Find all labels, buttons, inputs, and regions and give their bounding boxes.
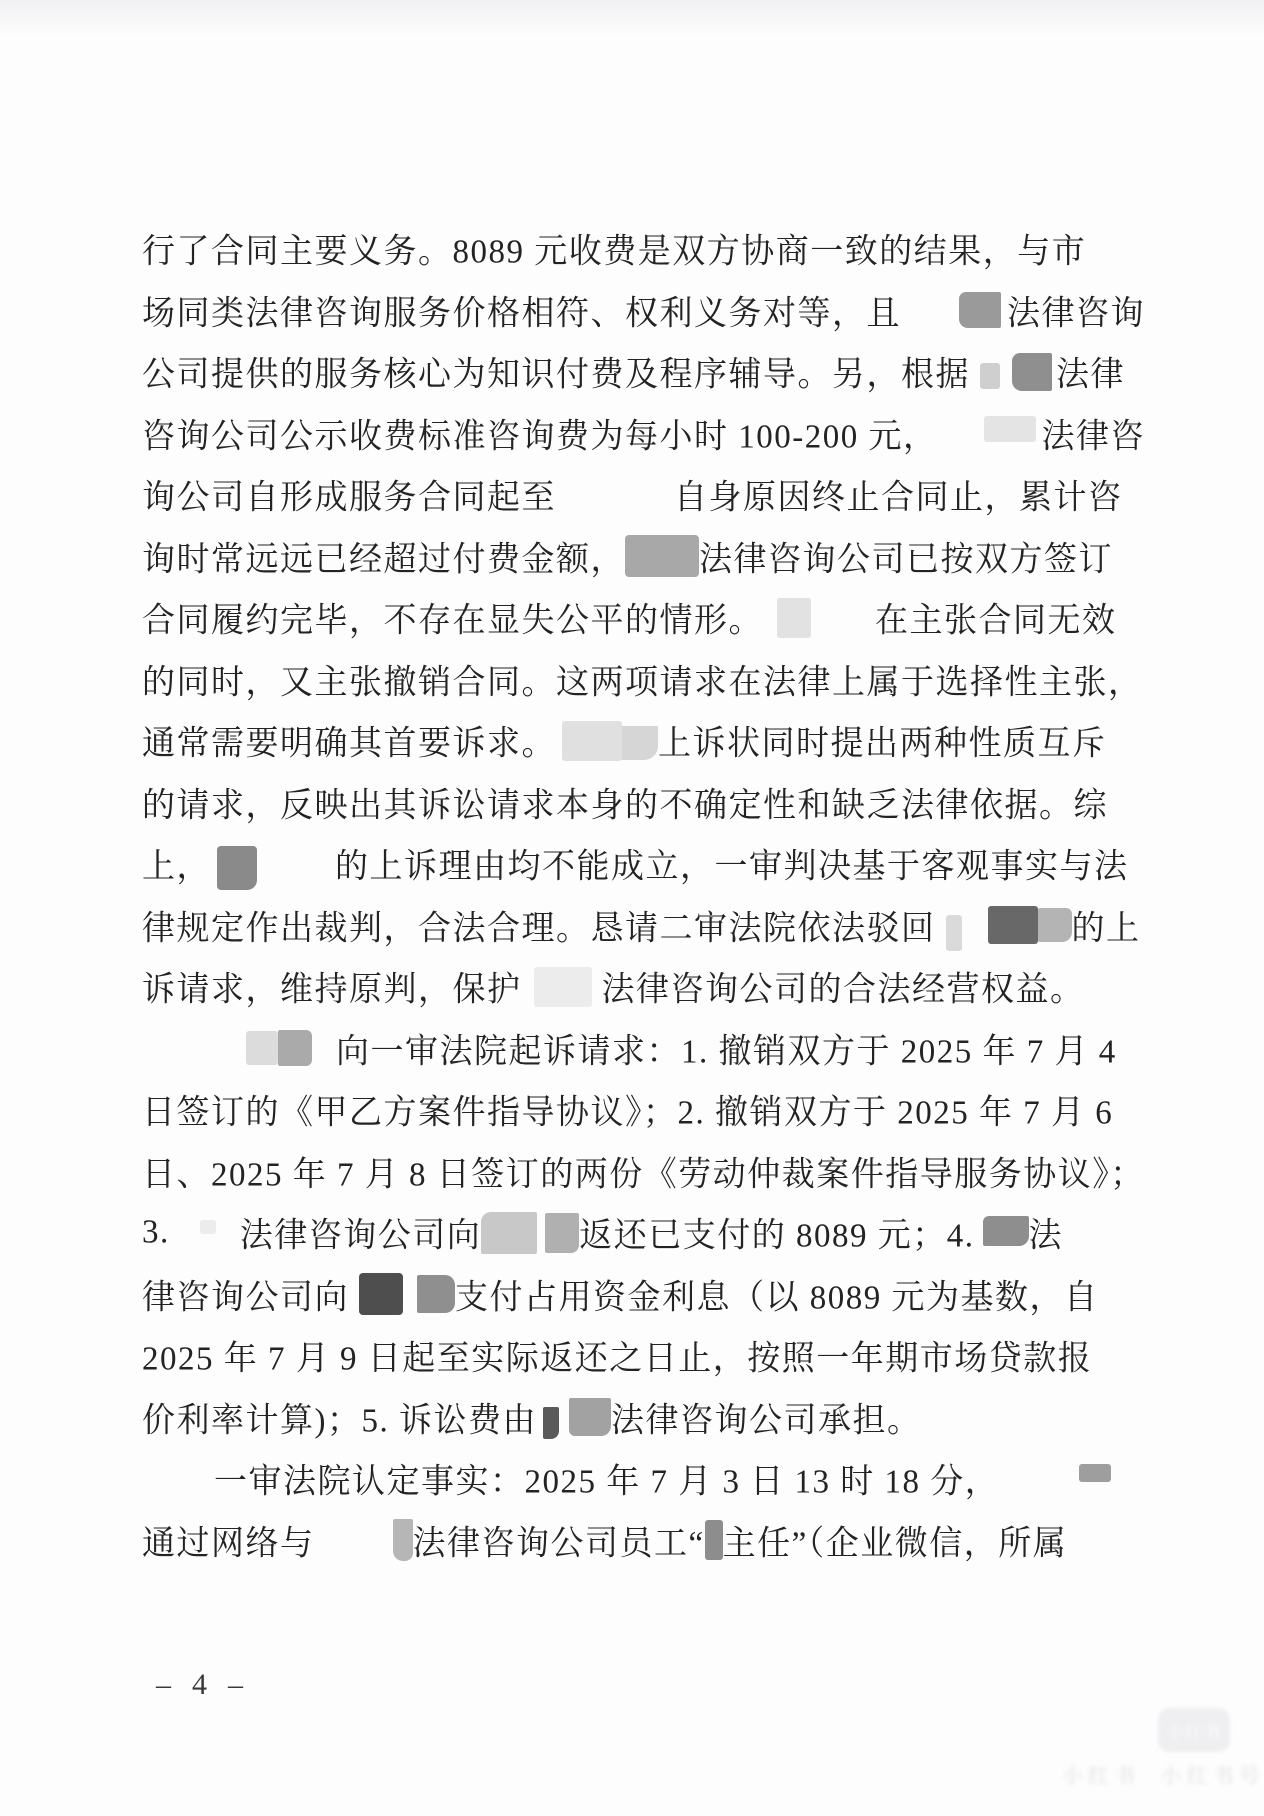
redaction-box	[1012, 353, 1052, 391]
spacer	[537, 1232, 545, 1233]
text-run: 法律	[1056, 347, 1125, 396]
redaction-box	[984, 416, 1036, 442]
redaction-box	[393, 1519, 413, 1561]
document-line: 诉请求，维持原判，保护法律咨询公司的合法经营权益。	[142, 956, 1127, 1018]
spacer	[349, 1294, 359, 1295]
text-run: 日、2025 年 7 月 8 日签订的两份《劳动仲裁案件指导服务协议》；	[142, 1147, 1145, 1196]
page-number: – 4 –	[156, 1668, 245, 1702]
text-run: 合同履约完毕，不存在显失公平的情形。	[142, 593, 763, 642]
redaction-box	[417, 1275, 455, 1313]
redaction-box	[1038, 908, 1072, 942]
text-run: 上，	[142, 839, 211, 888]
text-run: 行了合同主要义务。8089 元收费是双方协商一致的结果，与市	[142, 224, 1086, 273]
document-line: 合同履约完毕，不存在显失公平的情形。在主张合同无效	[142, 587, 1127, 649]
text-run: 法律咨询公司向	[240, 1208, 482, 1257]
spacer	[999, 1478, 1079, 1479]
text-run: 公司提供的服务核心为知识付费及程序辅导。另，根据	[142, 347, 970, 396]
text-run: 诉请求，维持原判，保护	[142, 962, 522, 1011]
spacer	[315, 1540, 393, 1541]
redaction-box	[481, 1212, 537, 1254]
text-run: 的上诉理由均不能成立，一审判决基于客观事实与法	[335, 839, 1129, 888]
photo-edge-shading	[0, 0, 1264, 36]
redaction-box	[777, 598, 811, 638]
document-line: 询公司自形成服务合同起至自身原因终止合同止，累计咨	[142, 464, 1127, 526]
document-line: 场同类法律咨询服务价格相符、权利义务对等，且法律咨询	[142, 280, 1127, 342]
spacer	[257, 863, 335, 864]
redaction-box	[217, 846, 257, 890]
redaction-box	[705, 1520, 723, 1560]
text-run: 法律咨询公司已按双方签订	[699, 532, 1113, 581]
redaction-box	[980, 363, 1000, 389]
text-run: 法	[1029, 1208, 1064, 1257]
redaction-box	[1079, 1464, 1111, 1482]
redaction-box	[622, 726, 658, 760]
redaction-box	[946, 915, 962, 951]
document-line: 询时常远远已经超过付费金额，法律咨询公司已按双方签订	[142, 526, 1127, 588]
text-run: 律咨询公司向	[142, 1270, 349, 1319]
spacer	[592, 986, 602, 987]
redaction-box	[983, 1216, 1029, 1246]
redaction-box	[562, 721, 622, 761]
document-line: 通过网络与法律咨询公司员工“主任”（企业微信，所属	[142, 1510, 1127, 1572]
spacer	[522, 986, 534, 987]
watermark-badge: 小红书	[1158, 1708, 1230, 1752]
spacer	[811, 617, 875, 618]
spacer	[938, 433, 984, 434]
redaction-box	[988, 906, 1038, 944]
document-line: 律咨询公司向支付占用资金利息（以 8089 元为基数，自	[142, 1264, 1127, 1326]
document-line: 2025 年 7 月 9 日起至实际返还之日止，按照一年期市场贷款报	[142, 1325, 1127, 1387]
spacer	[975, 1232, 983, 1233]
text-run: 一审法院认定事实：2025 年 7 月 3 日 13 时 18 分，	[214, 1454, 999, 1503]
document-line: 行了合同主要义务。8089 元收费是双方协商一致的结果，与市	[142, 218, 1127, 280]
text-run: 支付占用资金利息（以 8089 元为基数，自	[455, 1270, 1099, 1319]
document-line: 上，的上诉理由均不能成立，一审判决基于客观事实与法	[142, 833, 1127, 895]
watermark-text: 小红书 小红书号	[1062, 1760, 1264, 1790]
text-run: 询公司自形成服务合同起至	[142, 470, 556, 519]
spacer	[216, 1232, 240, 1233]
document-line: 3.法律咨询公司向返还已支付的 8089 元；4.法	[142, 1202, 1127, 1264]
redaction-box	[959, 292, 1001, 328]
text-run: 律规定作出裁判，合法合理。恳请二审法院依法驳回	[142, 901, 936, 950]
text-run: 返还已支付的 8089 元；4.	[579, 1208, 974, 1257]
document-page: 行了合同主要义务。8089 元收费是双方协商一致的结果，与市场同类法律咨询服务价…	[0, 0, 1264, 1816]
spacer	[142, 1478, 214, 1479]
spacer	[142, 1048, 246, 1049]
spacer	[763, 617, 777, 618]
redaction-box	[200, 1220, 216, 1234]
document-line: 日签订的《甲乙方案件指导协议》；2. 撤销双方于 2025 年 7 月 6	[142, 1079, 1127, 1141]
text-run: 通常需要明确其首要诉求。	[142, 716, 556, 765]
text-run: 咨询公司公示收费标准咨询费为每小时 100-200 元，	[142, 409, 938, 458]
redaction-box	[278, 1030, 312, 1066]
document-text: 行了合同主要义务。8089 元收费是双方协商一致的结果，与市场同类法律咨询服务价…	[142, 218, 1127, 1571]
text-run: 3.	[142, 1214, 170, 1252]
spacer	[170, 1232, 200, 1233]
text-run: 2025 年 7 月 9 日起至实际返还之日止，按照一年期市场贷款报	[142, 1331, 1092, 1380]
spacer	[559, 1417, 569, 1418]
text-run: 上诉状同时提出两种性质互斥	[658, 716, 1107, 765]
redaction-box	[246, 1031, 278, 1065]
text-run: 法律咨询公司员工“	[413, 1516, 705, 1565]
text-run: 的请求，反映出其诉讼请求本身的不确定性和缺乏法律依据。综	[142, 778, 1108, 827]
text-run: 通过网络与	[142, 1516, 315, 1565]
spacer	[970, 371, 980, 372]
spacer	[962, 925, 988, 926]
text-run: 向一审法院起诉请求：1. 撤销双方于 2025 年 7 月 4	[336, 1024, 1117, 1073]
document-line: 的同时，又主张撤销合同。这两项请求在法律上属于选择性主张，	[142, 649, 1127, 711]
document-line: 通常需要明确其首要诉求。上诉状同时提出两种性质互斥	[142, 710, 1127, 772]
text-run: 询时常远远已经超过付费金额，	[142, 532, 625, 581]
redaction-box	[543, 1407, 559, 1439]
watermark-badge-label: 小红书	[1167, 1718, 1221, 1743]
text-run: 日签订的《甲乙方案件指导协议》；2. 撤销双方于 2025 年 7 月 6	[142, 1085, 1113, 1134]
spacer	[312, 1048, 336, 1049]
redaction-box	[625, 535, 699, 577]
document-line: 律规定作出裁判，合法合理。恳请二审法院依法驳回的上	[142, 895, 1127, 957]
document-line: 的请求，反映出其诉讼请求本身的不确定性和缺乏法律依据。综	[142, 772, 1127, 834]
text-run: 的上	[1072, 901, 1141, 950]
spacer	[901, 310, 959, 311]
redaction-box	[359, 1273, 403, 1315]
text-run: 法律咨询	[1007, 286, 1145, 335]
redaction-box	[569, 1398, 611, 1436]
text-run: 法律咨询公司的合法经营权益。	[602, 962, 1085, 1011]
redaction-box	[534, 967, 592, 1007]
spacer	[1000, 371, 1012, 372]
document-line: 咨询公司公示收费标准咨询费为每小时 100-200 元，法律咨	[142, 403, 1127, 465]
redaction-box	[545, 1213, 579, 1253]
text-run: 自身原因终止合同止，累计咨	[674, 470, 1123, 519]
text-run: 的同时，又主张撤销合同。这两项请求在法律上属于选择性主张，	[142, 655, 1143, 704]
spacer	[403, 1294, 417, 1295]
document-line: 日、2025 年 7 月 8 日签订的两份《劳动仲裁案件指导服务协议》；	[142, 1141, 1127, 1203]
spacer	[556, 494, 674, 495]
spacer	[936, 925, 946, 926]
text-run: 在主张合同无效	[875, 593, 1117, 642]
text-run: 主任”（企业微信，所属	[723, 1516, 1068, 1565]
text-run: 价利率计算)；5. 诉讼费由	[142, 1393, 537, 1442]
document-line: 向一审法院起诉请求：1. 撤销双方于 2025 年 7 月 4	[142, 1018, 1127, 1080]
document-line: 价利率计算)；5. 诉讼费由法律咨询公司承担。	[142, 1387, 1127, 1449]
text-run: 法律咨	[1042, 409, 1146, 458]
document-line: 公司提供的服务核心为知识付费及程序辅导。另，根据法律	[142, 341, 1127, 403]
text-run: 法律咨询公司承担。	[611, 1393, 922, 1442]
text-run: 场同类法律咨询服务价格相符、权利义务对等，且	[142, 286, 901, 335]
document-line: 一审法院认定事实：2025 年 7 月 3 日 13 时 18 分，	[142, 1448, 1127, 1510]
